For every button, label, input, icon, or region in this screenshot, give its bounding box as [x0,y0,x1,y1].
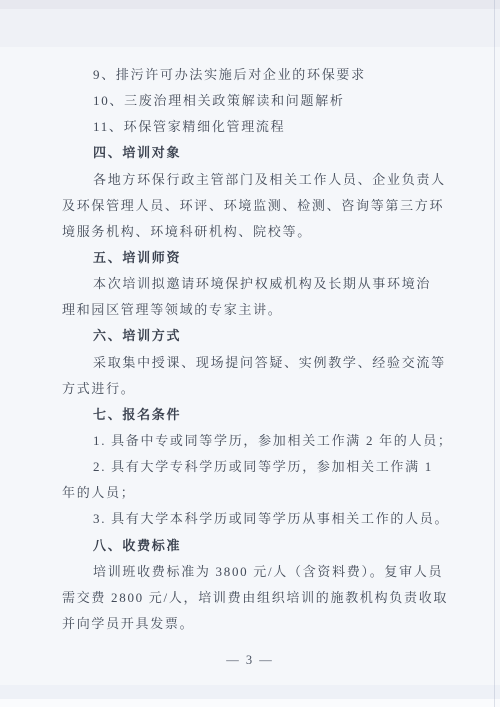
section-heading: 七、报名条件 [62,402,442,428]
paragraph-line: 并向学员开具发票。 [62,611,442,637]
paper-right-edge [494,0,495,707]
paragraph-line: 理和园区管理等领域的专家主讲。 [62,297,442,323]
list-item: 11、环保管家精细化管理流程 [62,114,442,140]
list-item: 1. 具备中专或同等学历，参加相关工作满 2 年的人员； [62,428,442,454]
paragraph-line: 采取集中授课、现场提问答疑、实例教学、经验交流等 [62,350,442,376]
document-body: 9、排污许可办法实施后对企业的环保要求 10、三废治理相关政策解读和问题解析 1… [62,62,442,637]
section-heading: 八、收费标准 [62,533,442,559]
paragraph-line: 年的人员； [62,480,442,506]
paragraph-line: 培训班收费标准为 3800 元/人（含资料费）。复审人员 [62,559,442,585]
list-item: 3. 具有大学本科学历或同等学历从事相关工作的人员。 [62,506,442,532]
scanned-document-page: 9、排污许可办法实施后对企业的环保要求 10、三废治理相关政策解读和问题解析 1… [0,0,500,707]
paragraph-line: 各地方环保行政主管部门及相关工作人员、企业负责人 [62,167,442,193]
scan-tone-band-bottom [0,685,500,699]
paragraph-line: 及环保管理人员、环评、环境监测、检测、咨询等第三方环 [62,193,442,219]
list-item: 2. 具有大学专科学历或同等学历，参加相关工作满 1 [62,454,442,480]
scan-bottom-edge [0,699,500,707]
paragraph-line: 需交费 2800 元/人，培训费由组织培训的施教机构负责收取 [62,585,442,611]
list-item: 10、三废治理相关政策解读和问题解析 [62,88,442,114]
page-number: — 3 — [0,653,500,668]
section-heading: 四、培训对象 [62,140,442,166]
paragraph-line: 境服务机构、环境科研机构、院校等。 [62,219,442,245]
paragraph-line: 方式进行。 [62,376,442,402]
scan-tone-band-top [0,9,500,47]
list-item: 9、排污许可办法实施后对企业的环保要求 [62,62,442,88]
section-heading: 六、培训方式 [62,323,442,349]
paragraph-line: 本次培训拟邀请环境保护权威机构及长期从事环境治 [62,271,442,297]
scan-top-edge [0,0,500,9]
section-heading: 五、培训师资 [62,245,442,271]
